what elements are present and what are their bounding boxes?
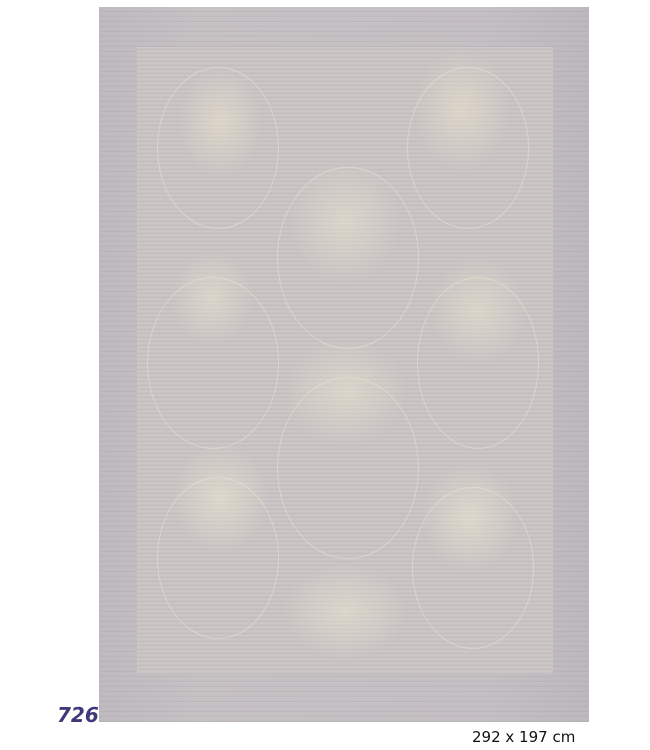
floral-motif <box>412 487 534 649</box>
floral-motif <box>417 277 539 449</box>
floral-motif <box>277 377 419 559</box>
floral-motif <box>147 277 279 449</box>
floral-motif <box>157 67 279 229</box>
dimensions-label: 292 x 197 cm <box>472 728 575 746</box>
rug-field <box>137 47 553 674</box>
floral-motif <box>277 167 419 349</box>
item-number-label: 726 <box>57 703 99 727</box>
rug-image <box>99 7 589 722</box>
floral-motif <box>157 477 279 639</box>
floral-motif <box>407 67 529 229</box>
